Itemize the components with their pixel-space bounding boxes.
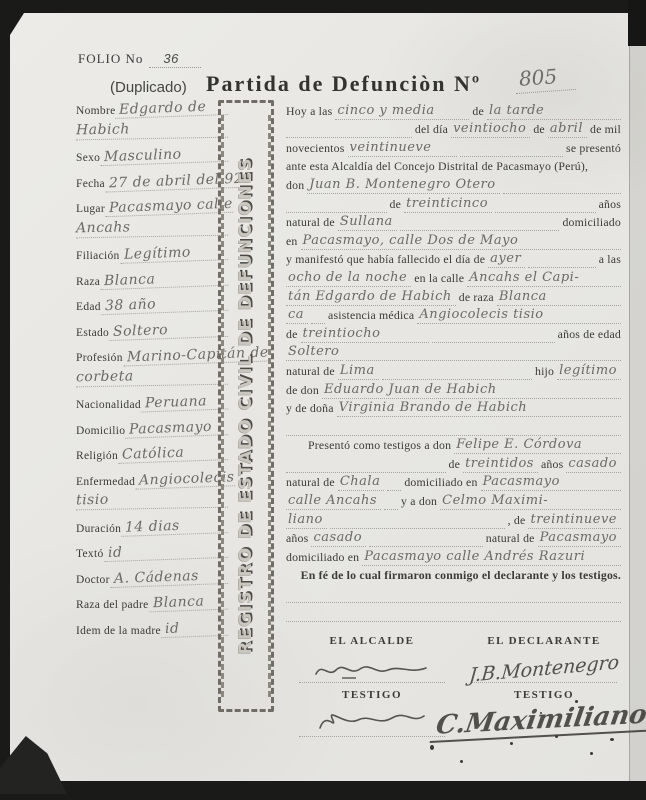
body-line: En fé de lo cual firmaron conmigo el dec… [286, 566, 624, 585]
field-row: RazaBlanca [76, 272, 228, 288]
testigo-left-label: TESTIGO [342, 689, 402, 701]
printed-text-segment: natural de [486, 531, 538, 547]
alcalde-signature-scrawl [312, 656, 432, 682]
blank-dotted-line [387, 479, 401, 491]
handwritten-segment: calle Ancahs [286, 494, 381, 510]
handwritten-segment: Felipe E. Córdova [454, 438, 621, 454]
field-label: Filiación [76, 250, 120, 262]
field-value: Blanca [148, 594, 228, 613]
field-row: Idem de la madreid [76, 621, 228, 637]
printed-text-segment: de [286, 327, 301, 343]
printed-text-segment: natural de [286, 475, 338, 491]
field-row: NombreEdgardo de [76, 101, 228, 117]
body-line: de donEduardo Juan de Habich [286, 380, 624, 399]
field-label: Nombre [76, 105, 115, 117]
field-label: Textó [76, 548, 104, 560]
declarante-signature: J.B.Montenegro [468, 651, 620, 686]
testigo-left-signature-scrawl [312, 706, 432, 736]
printed-text-segment: hijo [535, 364, 557, 380]
ink-spot [460, 760, 463, 763]
printed-text-segment: y manifestó que había fallecido el día d… [286, 252, 488, 268]
body-line: Hoy a lascinco y mediadela tarde [286, 101, 624, 120]
field-row: FiliaciónLegítimo [76, 246, 228, 262]
body-line: natural deLimahijolegítimo [286, 361, 624, 380]
field-value: id [103, 542, 228, 562]
body-line: caasistencia médicaAngiocolecis tisio [286, 306, 624, 325]
handwritten-segment: ayer [488, 252, 525, 268]
handwritten-segment: ocho de la noche [286, 271, 411, 287]
field-row: Textóid [76, 544, 228, 560]
field-label: Idem de la madre [76, 625, 161, 637]
printed-text-segment: y a don [401, 494, 440, 510]
field-row: Edad38 año [76, 297, 228, 313]
blank-dotted-line [495, 201, 596, 213]
printed-text-segment: ante esta Alcaldía del Concejo Distrital… [286, 159, 591, 175]
blank-dotted-line [503, 182, 621, 194]
field-value: Pacasmayo calle [105, 197, 233, 217]
field-row: DoctorA. Cádenas [76, 570, 228, 586]
testigo-right-signature: C.Maximiliano [429, 699, 646, 743]
testigo-left-signature-line [299, 701, 445, 737]
blank-dotted-line [460, 145, 563, 157]
handwritten-segment: Pacasmayo [538, 531, 621, 547]
handwritten-segment: treintidos [463, 457, 538, 473]
testigo-right-label: TESTIGO [514, 689, 574, 701]
body-line: Soltero [286, 343, 624, 362]
field-label: Edad [76, 301, 101, 313]
field-value: Católica [118, 444, 228, 464]
field-label: Sexo [76, 152, 100, 164]
handwritten-segment: Blanca [497, 290, 621, 306]
field-label: Nacionalidad [76, 399, 141, 411]
field-label: Profesión [76, 352, 123, 364]
folio-row: FOLIO No36 [78, 51, 201, 67]
field-value: Blanca [100, 269, 228, 289]
printed-text-segment: , de [508, 513, 529, 529]
handwritten-segment: Eduardo Juan de Habich [322, 383, 621, 399]
field-row: SexoMasculino [76, 148, 228, 164]
ink-spot [590, 752, 593, 755]
blank-dotted-line [286, 126, 412, 138]
printed-text-segment: en [286, 234, 301, 250]
printed-text-segment: se presentó [566, 141, 624, 157]
field-value-continued: Habich [76, 119, 228, 140]
body-line: y manifestó que había fallecido el día d… [286, 250, 624, 269]
handwritten-segment: Juan B. Montenegro Otero [307, 178, 499, 194]
body-line: del díaveintiochodeabrilde mil [286, 120, 624, 139]
handwritten-segment: abril [548, 122, 587, 138]
field-label: Estado [76, 327, 109, 339]
testigo-right-signature-line: C.Maximiliano [471, 701, 617, 737]
page-edge-shadow [629, 13, 646, 781]
printed-text-segment: en la calle [414, 271, 467, 287]
printed-text-segment: y de doña [286, 401, 337, 417]
registry-banner: REGISTRO DE ESTADO CIVIL DE DEFUNCIONES [218, 100, 274, 712]
printed-text-segment: domiciliado en [286, 550, 362, 566]
body-line [286, 603, 624, 622]
printed-text-segment: de [449, 457, 464, 473]
alcalde-label: EL ALCALDE [330, 635, 415, 647]
body-line: añoscasadonatural dePacasmayo [286, 529, 624, 548]
field-row: EnfermedadAngiocolecis [76, 472, 228, 488]
field-row: Raza del padreBlanca [76, 595, 228, 611]
printed-text-segment: natural de [286, 364, 338, 380]
blank-dotted-line [286, 424, 621, 436]
blank-dotted-line [330, 517, 505, 529]
handwritten-segment: casado [311, 531, 366, 547]
field-value-continued: corbeta [76, 366, 228, 387]
registry-banner-chain-border: REGISTRO DE ESTADO CIVIL DE DEFUNCIONES [221, 115, 271, 697]
left-field-column: NombreEdgardo deHabichSexoMasculinoFecha… [76, 101, 228, 646]
body-text-column: Hoy a lascinco y mediadela tardedel díav… [286, 101, 624, 622]
field-value: Masculino [100, 146, 228, 166]
field-label: Domicilio [76, 425, 125, 437]
field-label: Religión [76, 450, 118, 462]
folio-label: FOLIO No [78, 51, 143, 66]
body-line: novecientosveintinuevese presentó [286, 138, 624, 157]
field-value: Edgardo de [115, 99, 228, 119]
ink-spot [430, 745, 434, 750]
handwritten-segment: Soltero [286, 345, 343, 361]
printed-text-segment: años [541, 457, 566, 473]
printed-text-segment: años de edad [558, 327, 624, 343]
handwritten-segment: Virginia Brando de Habich [337, 401, 621, 417]
field-value: Pacasmayo [125, 419, 228, 439]
blank-dotted-line [432, 331, 555, 343]
blank-dotted-line [528, 256, 596, 268]
printed-text-segment: domiciliado en [404, 475, 480, 491]
field-row: Duración14 dias [76, 519, 228, 535]
handwritten-segment: tán Edgardo de Habich [286, 290, 456, 306]
handwritten-segment: veintinueve [348, 141, 457, 157]
signature-block: EL ALCALDE TESTIGO EL DECLARANTE [286, 635, 630, 737]
field-label: Raza del padre [76, 599, 149, 611]
field-label: Fecha [76, 178, 105, 190]
body-line: domiciliado enPacasmayo calle Andrés Raz… [286, 547, 624, 566]
body-line: donJuan B. Montenegro Otero [286, 175, 624, 194]
handwritten-segment: treintinueve [528, 513, 621, 529]
handwritten-segment: Chala [338, 475, 384, 491]
handwritten-segment: veintiocho [451, 122, 530, 138]
body-line: calle Ancahsy a donCelmo Maximi- [286, 491, 624, 510]
signature-column-right: EL DECLARANTE J.B.Montenegro TESTIGO C.M… [458, 635, 630, 737]
body-line: ocho de la nocheen la calleAncahs el Cap… [286, 268, 624, 287]
printed-text-segment: de [472, 104, 487, 120]
handwritten-segment: Lima [338, 364, 379, 380]
field-row: NacionalidadPeruana [76, 395, 228, 411]
page-title: Partida de Defunciòn Nº [206, 71, 481, 97]
field-row: EstadoSoltero [76, 323, 228, 339]
body-line: natural deSullanadomiciliado [286, 213, 624, 232]
handwritten-segment: Pacasmayo, calle Dos de Mayo [301, 234, 621, 250]
blank-dotted-line [382, 368, 532, 380]
printed-text-segment: años [286, 531, 311, 547]
field-value: Peruana [141, 393, 229, 412]
printed-text-segment: a las [599, 252, 624, 268]
printed-text-segment: de mil [590, 122, 624, 138]
duplicado-label: (Duplicado) [110, 79, 187, 96]
field-value: Soltero [109, 320, 228, 340]
field-row: LugarPacasmayo calle [76, 199, 228, 215]
printed-text-segment: Presentó como testigos a don [308, 438, 454, 454]
handwritten-segment: Pacasmayo calle Andrés Razuri [362, 550, 621, 566]
ink-spot [555, 735, 558, 738]
field-label: Lugar [76, 203, 105, 215]
handwritten-segment: la tarde [487, 104, 621, 120]
ink-spot [540, 712, 542, 714]
scan-notch [628, 0, 646, 46]
ink-spot [610, 738, 614, 741]
printed-text-segment: del día [415, 122, 451, 138]
field-value: 38 año [101, 295, 229, 315]
handwritten-segment: casado [566, 457, 621, 473]
blank-dotted-line [384, 498, 398, 510]
body-line [286, 584, 624, 603]
blank-dotted-line [311, 312, 325, 324]
alcalde-signature-line [299, 647, 445, 683]
blank-dotted-line [286, 201, 387, 213]
handwritten-segment: legítimo [557, 364, 621, 380]
certificate-number: 805 [514, 63, 576, 94]
handwritten-segment: liano [286, 513, 327, 529]
printed-text-segment: don [286, 178, 307, 194]
blank-dotted-line [286, 610, 621, 622]
field-row: Fecha27 de abril del 929 [76, 174, 228, 190]
blank-dotted-line [369, 535, 483, 547]
handwritten-segment: Celmo Maximi- [440, 494, 621, 510]
field-value: 14 dias [121, 517, 228, 537]
handwritten-segment: ca [286, 308, 308, 324]
body-line: detreintiochoaños de edad [286, 324, 624, 343]
field-label: Raza [76, 276, 100, 288]
ink-spot [575, 700, 578, 703]
field-row: ProfesiónMarino-Capitán de [76, 348, 228, 364]
field-value-continued: tisio [76, 490, 228, 511]
printed-text-segment: Hoy a las [286, 104, 335, 120]
body-line: y de doñaVirginia Brando de Habich [286, 399, 624, 418]
printed-text-segment: de [533, 122, 548, 138]
ink-spot [510, 742, 513, 745]
handwritten-segment: cinco y media [335, 104, 469, 120]
handwritten-segment: Ancahs el Capi- [467, 271, 621, 287]
printed-text-segment: de raza [459, 290, 497, 306]
body-line: Presentó como testigos a donFelipe E. Có… [286, 436, 624, 455]
field-label: Enfermedad [76, 476, 135, 488]
printed-text-segment: de don [286, 383, 322, 399]
handwritten-segment: Pacasmayo [481, 475, 621, 491]
handwritten-segment: Sullana [338, 215, 397, 231]
field-label: Doctor [76, 574, 110, 586]
declarante-signature-line: J.B.Montenegro [471, 647, 617, 683]
blank-dotted-line [346, 349, 621, 361]
blank-dotted-line [400, 219, 560, 231]
handwritten-segment: treinticinco [404, 197, 492, 213]
blank-dotted-line [286, 591, 621, 603]
field-row: ReligiónCatólica [76, 446, 228, 462]
printed-text-segment: novecientos [286, 141, 348, 157]
document-page: FOLIO No36 (Duplicado) Partida de Defunc… [10, 13, 646, 781]
printed-text-segment: de [390, 197, 405, 213]
body-line: tán Edgardo de Habichde razaBlanca [286, 287, 624, 306]
printed-text-segment: En fé de lo cual firmaron conmigo el dec… [301, 568, 624, 584]
printed-text-segment: domiciliado [562, 215, 624, 231]
handwritten-segment: Angiocolecis tisio [417, 308, 621, 324]
handwritten-segment: treintiocho [301, 327, 430, 343]
field-label: Duración [76, 523, 121, 535]
field-value: A. Cádenas [109, 567, 228, 587]
printed-text-segment: asistencia médica [328, 308, 417, 324]
field-row: DomicilioPacasmayo [76, 421, 228, 437]
body-line: enPacasmayo, calle Dos de Mayo [286, 231, 624, 250]
printed-text-segment: natural de [286, 215, 338, 231]
body-line: detreinticincoaños [286, 194, 624, 213]
body-line: ante esta Alcaldía del Concejo Distrital… [286, 157, 624, 176]
field-value-continued: Ancahs [76, 217, 228, 238]
field-value: Legítimo [119, 244, 228, 264]
body-line [286, 417, 624, 436]
printed-text-segment: años [599, 197, 624, 213]
body-line: detreintidosañoscasado [286, 454, 624, 473]
registry-banner-text: REGISTRO DE ESTADO CIVIL DE DEFUNCIONES [236, 157, 256, 655]
blank-dotted-line [286, 461, 446, 473]
declarante-label: EL DECLARANTE [487, 635, 600, 647]
body-line: liano, detreintinueve [286, 510, 624, 529]
folio-number: 36 [149, 51, 200, 68]
body-line: natural deChaladomiciliado enPacasmayo [286, 473, 624, 492]
scan-background: FOLIO No36 (Duplicado) Partida de Defunc… [0, 0, 646, 800]
